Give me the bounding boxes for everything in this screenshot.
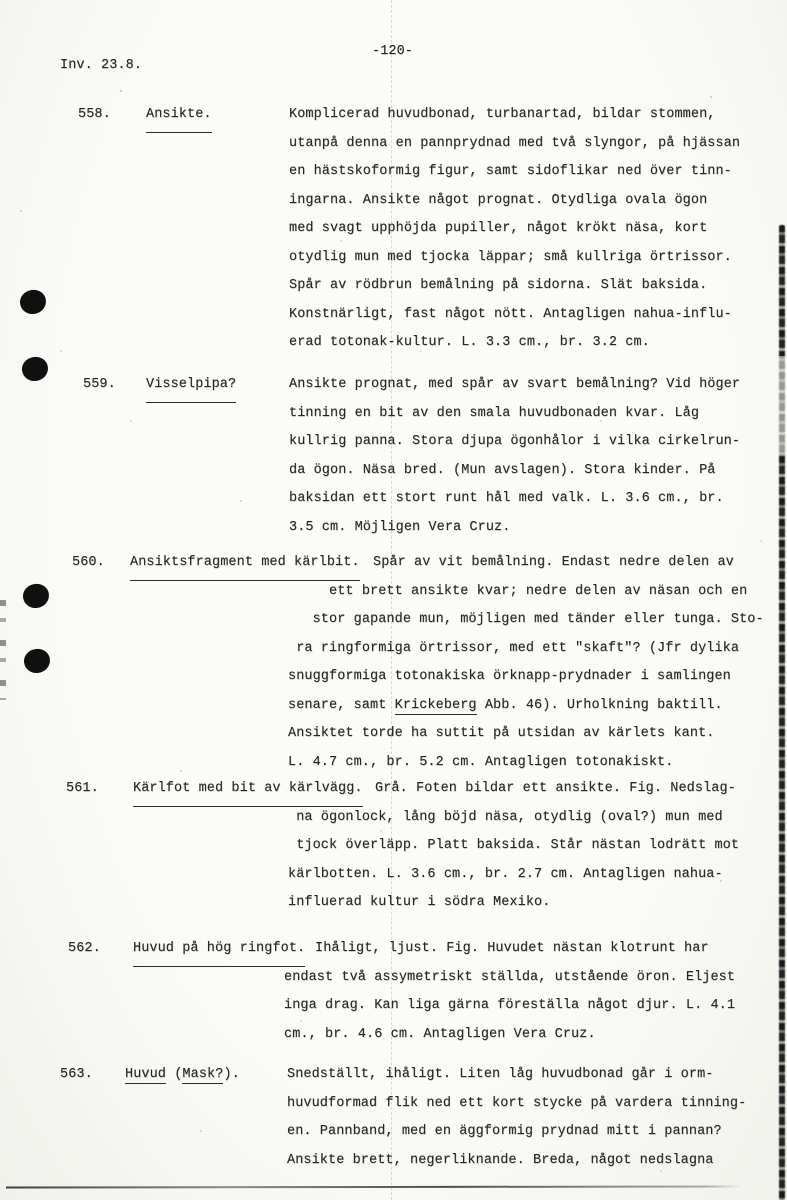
entry-number: 559. <box>83 371 116 400</box>
entry-title: Visselpipa? <box>146 371 236 403</box>
inventory-label: Inv. 23.8. <box>60 52 142 81</box>
reference-name: Krickeberg <box>395 698 477 715</box>
entry-description: Grå. Foten bildar ett ansikte. Fig. Neds… <box>288 775 766 918</box>
ink-dot <box>22 647 51 674</box>
scan-edge-gap <box>776 356 787 454</box>
entry-description-text: Spår av vit bemålning. Endast nedre dele… <box>288 555 764 713</box>
page-number: -120- <box>372 38 413 67</box>
left-edge-smudge <box>0 600 6 700</box>
entry-description: Ihåligt, ljust. Fig. Huvudet nästan klot… <box>284 935 762 1049</box>
entry-number: 562. <box>68 935 101 964</box>
entry-number: 563. <box>60 1061 93 1090</box>
ink-dot <box>21 582 50 609</box>
entry-number: 560. <box>72 549 105 578</box>
entry-title-word: Mask? <box>182 1067 223 1084</box>
entry-description: Snedställt, ihåligt. Liten låg huvudbona… <box>287 1061 765 1175</box>
ink-dot <box>18 288 47 315</box>
entry-description: Spår av vit bemålning. Endast nedre dele… <box>288 549 766 777</box>
paper-speckles <box>120 90 122 92</box>
scan-bottom-line <box>6 1185 742 1188</box>
entry-title: Ansikte. <box>146 101 212 133</box>
entry-description: Ansikte prognat, med spår av svart bemål… <box>289 371 759 542</box>
entry-title-word: Huvud <box>125 1067 166 1084</box>
ink-dot <box>20 355 49 382</box>
entry-description: Komplicerad huvudbonad, turbanartad, bil… <box>289 101 759 358</box>
entry-title: Huvud på hög ringfot. <box>133 935 305 967</box>
entry-number: 558. <box>78 101 111 130</box>
entry-title: Huvud (Mask?). <box>125 1061 240 1090</box>
scanned-catalog-page: -120- Inv. 23.8. 558. Ansikte. Komplicer… <box>0 0 787 1200</box>
entry-number: 561. <box>66 775 99 804</box>
entry-title-word: ). <box>223 1067 239 1082</box>
entry-title-word: ( <box>166 1067 182 1082</box>
